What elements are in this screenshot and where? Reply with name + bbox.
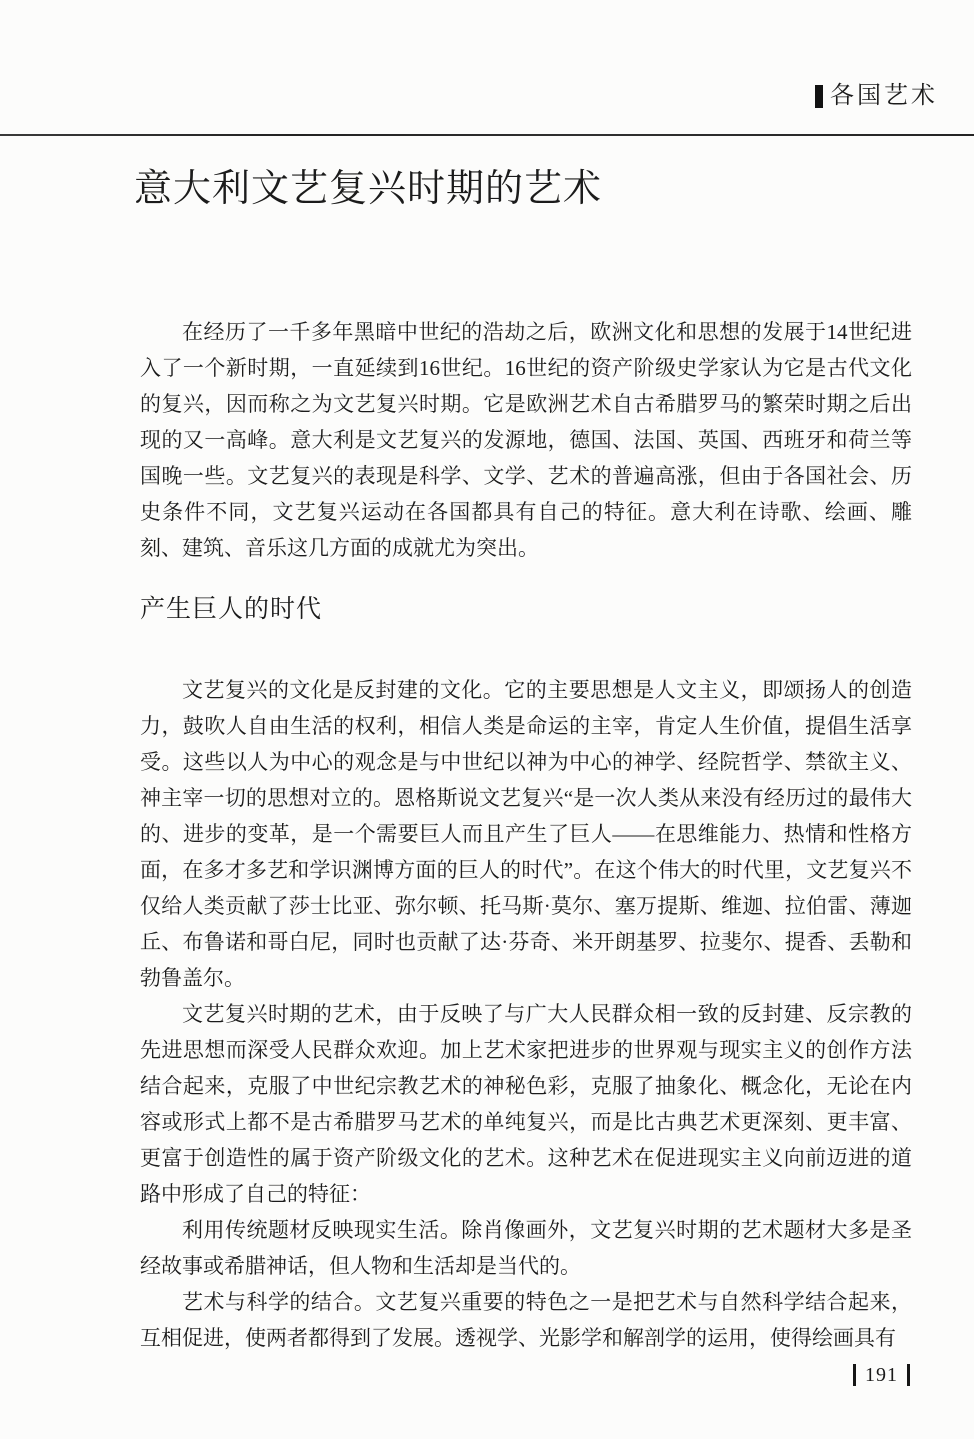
paragraph-art-character: 文艺复兴时期的艺术，由于反映了与广大人民群众相一致的反封建、反宗教的先进思想而深… bbox=[140, 996, 912, 1212]
header-bar-icon bbox=[815, 85, 823, 108]
book-page: 各国艺术 意大利文艺复兴时期的艺术 在经历了一千多年黑暗中世纪的浩劫之后，欧洲文… bbox=[0, 0, 974, 1439]
paragraph-traditional-themes: 利用传统题材反映现实生活。除肖像画外，文艺复兴时期的艺术题材大多是圣经故事或希腊… bbox=[140, 1212, 912, 1284]
section-heading: 产生巨人的时代 bbox=[140, 592, 912, 628]
page-number-value: 191 bbox=[865, 1365, 898, 1385]
page-number-bar-left bbox=[853, 1364, 856, 1386]
page-number: 191 bbox=[853, 1364, 910, 1386]
running-head-label: 各国艺术 bbox=[830, 84, 938, 108]
chapter-title: 意大利文艺复兴时期的艺术 bbox=[134, 164, 602, 214]
page-number-bar-right bbox=[907, 1364, 910, 1386]
paragraph-intro: 在经历了一千多年黑暗中世纪的浩劫之后，欧洲文化和思想的发展于14世纪进入了一个新… bbox=[140, 314, 912, 566]
header-rule bbox=[0, 134, 974, 136]
paragraph-humanism: 文艺复兴的文化是反封建的文化。它的主要思想是人文主义，即颂扬人的创造力，鼓吹人自… bbox=[140, 672, 912, 996]
paragraph-art-science: 艺术与科学的结合。文艺复兴重要的特色之一是把艺术与自然科学结合起来，互相促进，使… bbox=[140, 1284, 912, 1356]
body-text: 在经历了一千多年黑暗中世纪的浩劫之后，欧洲文化和思想的发展于14世纪进入了一个新… bbox=[140, 314, 912, 1356]
running-head: 各国艺术 bbox=[815, 84, 938, 108]
